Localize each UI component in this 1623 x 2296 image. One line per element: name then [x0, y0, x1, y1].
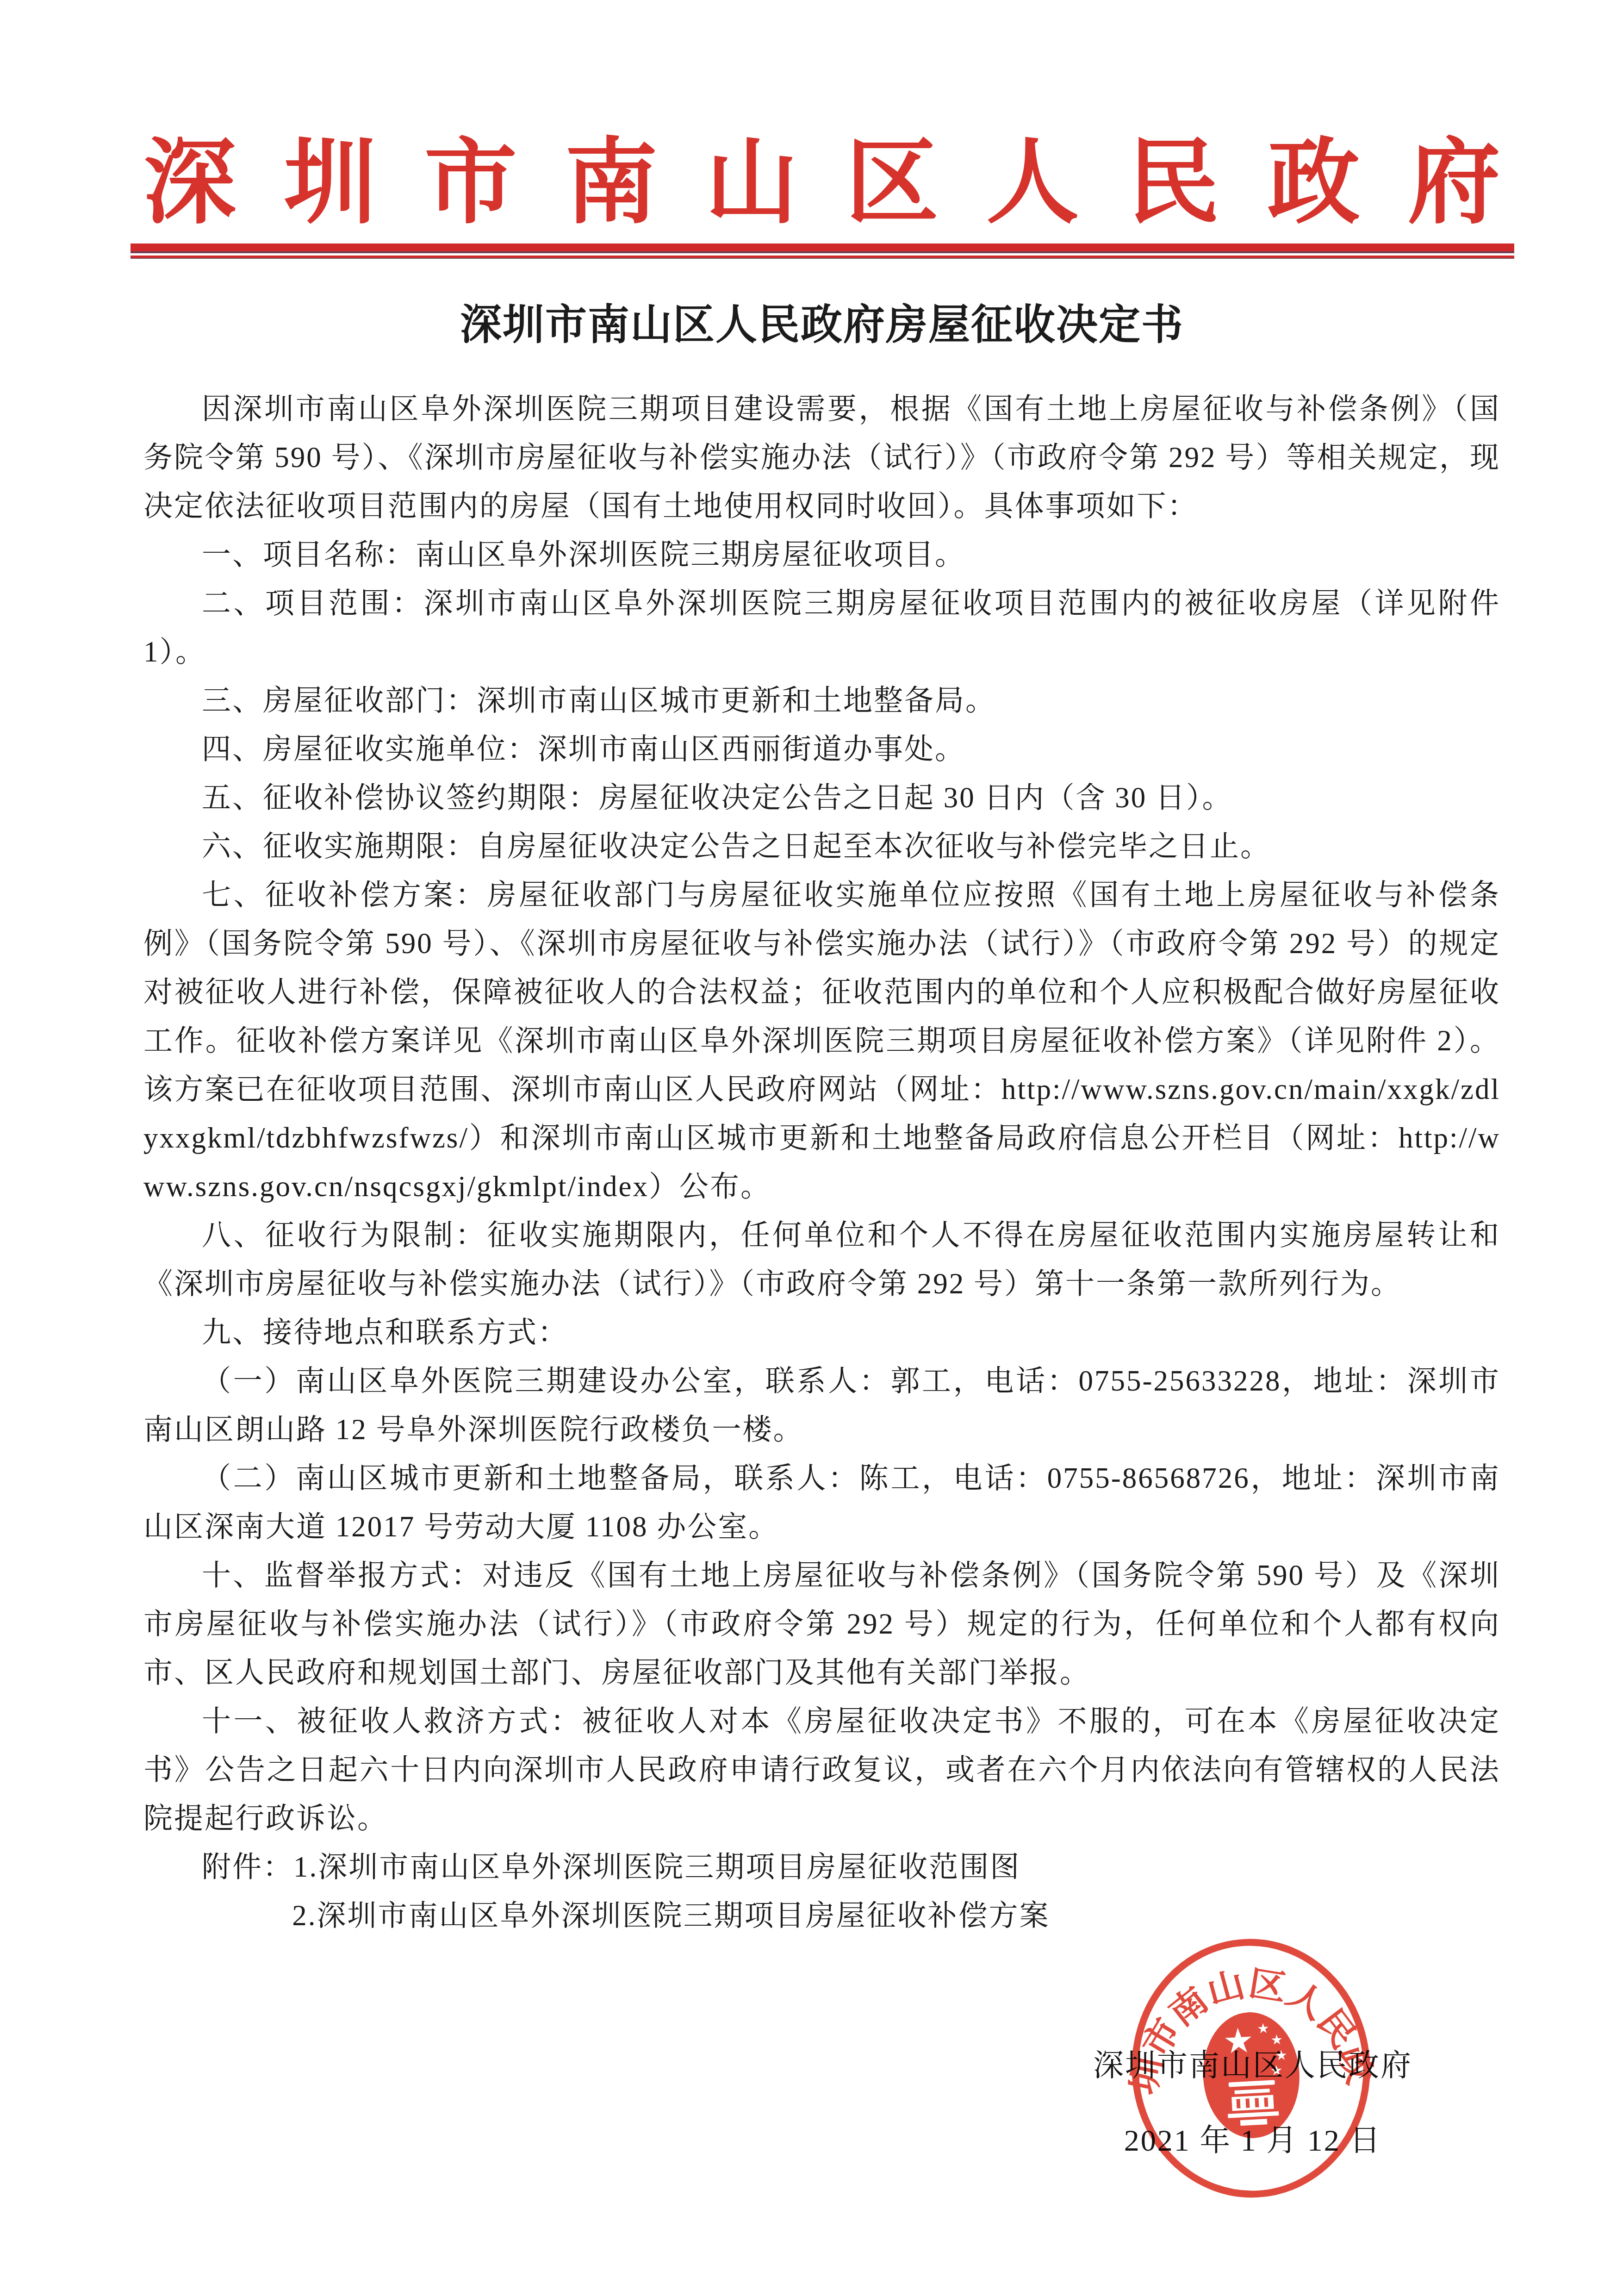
- body-paragraph-contact-1: （一）南山区阜外医院三期建设办公室，联系人：郭工，电话：0755-2563322…: [143, 1357, 1500, 1454]
- body-paragraph-item-9: 九、接待地点和联系方式：: [143, 1308, 1500, 1357]
- letterhead-rule-thick: [131, 243, 1514, 253]
- body-paragraph-item-3: 三、房屋征收部门：深圳市南山区城市更新和土地整备局。: [143, 676, 1500, 725]
- body-paragraph-item-6: 六、征收实施期限：自房屋征收决定公告之日起至本次征收与补偿完毕之日止。: [143, 822, 1500, 871]
- official-seal-graphic: 深圳市南山区人民政府: [1120, 1928, 1381, 2209]
- letterhead-rule-thin: [131, 256, 1514, 259]
- national-emblem-icon: [1200, 2010, 1303, 2141]
- official-seal: 深圳市南山区人民政府: [1120, 1928, 1381, 2209]
- body-paragraph-contact-2: （二）南山区城市更新和土地整备局，联系人：陈工，电话：0755-86568726…: [143, 1454, 1500, 1551]
- body-paragraph-item-11: 十一、被征收人救济方式：被征收人对本《房屋征收决定书》不服的，可在本《房屋征收决…: [143, 1697, 1500, 1843]
- body-paragraph-item-1: 一、项目名称：南山区阜外深圳医院三期房屋征收项目。: [143, 530, 1500, 579]
- body-paragraph-item-8: 八、征收行为限制：征收实施期限内，任何单位和个人不得在房屋征收范围内实施房屋转让…: [143, 1211, 1500, 1308]
- letterhead: 深圳市南山区人民政府: [143, 131, 1500, 259]
- document-title: 深圳市南山区人民政府房屋征收决定书: [143, 299, 1500, 351]
- body-paragraph-item-2: 二、项目范围：深圳市南山区阜外深圳医院三期房屋征收项目范围内的被征收房屋（详见附…: [143, 579, 1500, 676]
- attachments-line-1: 附件：1.深圳市南山区阜外深圳医院三期项目房屋征收范围图: [143, 1843, 1500, 1891]
- body-paragraph-item-4: 四、房屋征收实施单位：深圳市南山区西丽街道办事处。: [143, 725, 1500, 774]
- document-page: 深圳市南山区人民政府 深圳市南山区人民政府房屋征收决定书 因深圳市南山区阜外深圳…: [0, 0, 1623, 2296]
- document-body: 因深圳市南山区阜外深圳医院三期项目建设需要，根据《国有土地上房屋征收与补偿条例》…: [143, 385, 1500, 1940]
- letterhead-rules: [131, 243, 1514, 259]
- body-paragraph-intro: 因深圳市南山区阜外深圳医院三期项目建设需要，根据《国有土地上房屋征收与补偿条例》…: [143, 385, 1500, 530]
- body-paragraph-item-10: 十、监督举报方式：对违反《国有土地上房屋征收与补偿条例》（国务院令第 590 号…: [143, 1551, 1500, 1697]
- body-paragraph-item-7: 七、征收补偿方案：房屋征收部门与房屋征收实施单位应按照《国有土地上房屋征收与补偿…: [143, 871, 1500, 1211]
- body-paragraph-item-5: 五、征收补偿协议签约期限：房屋征收决定公告之日起 30 日内（含 30 日）。: [143, 774, 1500, 822]
- letterhead-agency: 深圳市南山区人民政府: [143, 131, 1500, 237]
